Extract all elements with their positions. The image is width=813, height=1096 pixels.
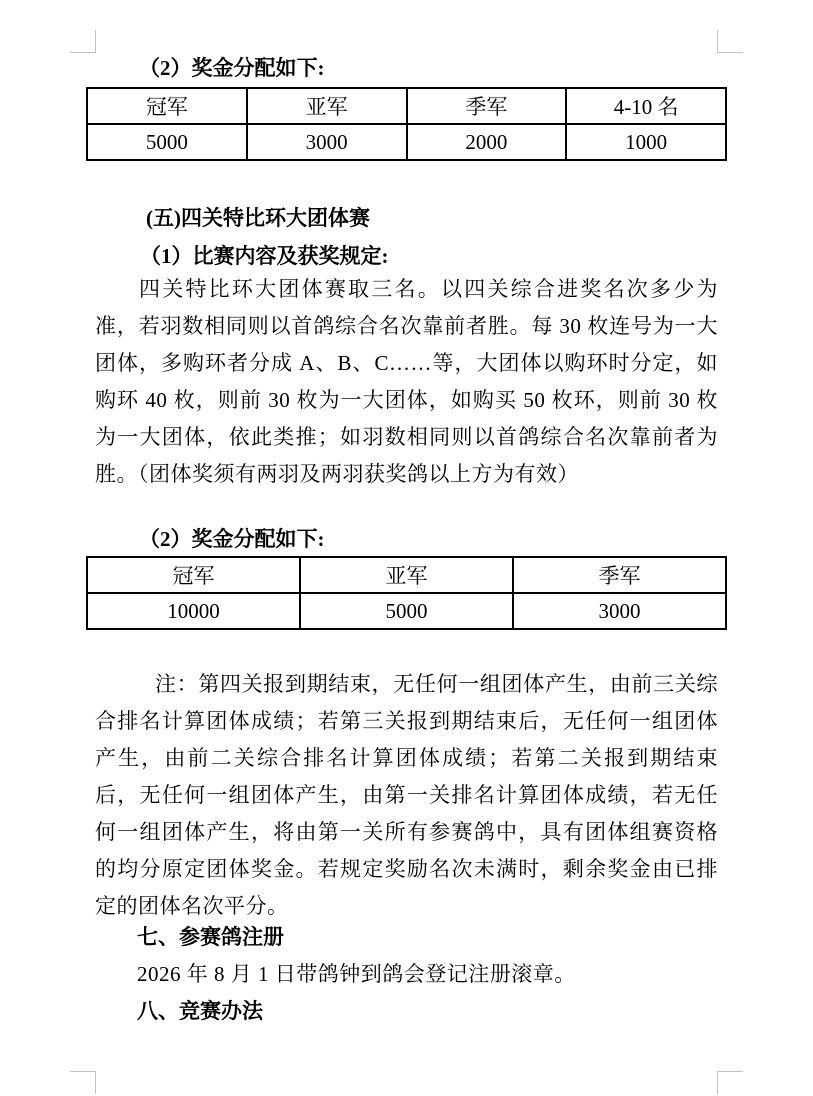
table-header-cell: 4-10 名 (566, 88, 726, 124)
section-eight-heading: 八、竞赛办法 (137, 995, 263, 1025)
table-value-cell: 5000 (300, 593, 513, 629)
crop-mark-bottom-left-icon (70, 1071, 96, 1094)
table-header-cell: 冠军 (87, 88, 247, 124)
table-header-row: 冠军 亚军 季军 4-10 名 (87, 88, 726, 124)
table-value-cell: 1000 (566, 124, 726, 160)
table-value-cell: 5000 (87, 124, 247, 160)
crop-mark-top-right-icon (717, 30, 743, 53)
table-header-cell: 冠军 (87, 557, 300, 593)
table-value-row: 10000 5000 3000 (87, 593, 726, 629)
prize-table-3col: 冠军 亚军 季军 10000 5000 3000 (86, 556, 727, 630)
table-header-cell: 亚军 (247, 88, 407, 124)
rules-paragraph: 四关特比环大团体赛取三名。以四关综合进奖名次多少为准，若羽数相同则以首鸽综合名次… (95, 271, 718, 493)
table-value-row: 5000 3000 2000 1000 (87, 124, 726, 160)
document-page: （2）奖金分配如下: 冠军 亚军 季军 4-10 名 5000 3000 200… (0, 0, 813, 1096)
table-header-cell: 亚军 (300, 557, 513, 593)
table-header-cell: 季军 (513, 557, 726, 593)
table-value-cell: 2000 (407, 124, 567, 160)
section-seven-heading: 七、参赛鸽注册 (137, 921, 284, 951)
section-five-heading: (五)四关特比环大团体赛 (146, 206, 370, 230)
crop-mark-top-left-icon (70, 30, 96, 53)
prize-distribution-heading-2: （2）奖金分配如下: (139, 527, 325, 551)
table-value-cell: 3000 (513, 593, 726, 629)
table-value-cell: 3000 (247, 124, 407, 160)
table-value-cell: 10000 (87, 593, 300, 629)
prize-distribution-heading-1: （2）奖金分配如下: (139, 56, 325, 80)
table-header-cell: 季军 (407, 88, 567, 124)
registration-line: 2026 年 8 月 1 日带鸽钟到鸽会登记注册滚章。 (137, 958, 576, 988)
prize-table-4col: 冠军 亚军 季军 4-10 名 5000 3000 2000 1000 (86, 87, 727, 161)
table-header-row: 冠军 亚军 季军 (87, 557, 726, 593)
rules-subheading: （1）比赛内容及获奖规定: (140, 244, 389, 268)
crop-mark-bottom-right-icon (717, 1071, 743, 1094)
note-paragraph: 注：第四关报到期结束，无任何一组团体产生，由前三关综合排名计算团体成绩；若第三关… (95, 666, 718, 925)
